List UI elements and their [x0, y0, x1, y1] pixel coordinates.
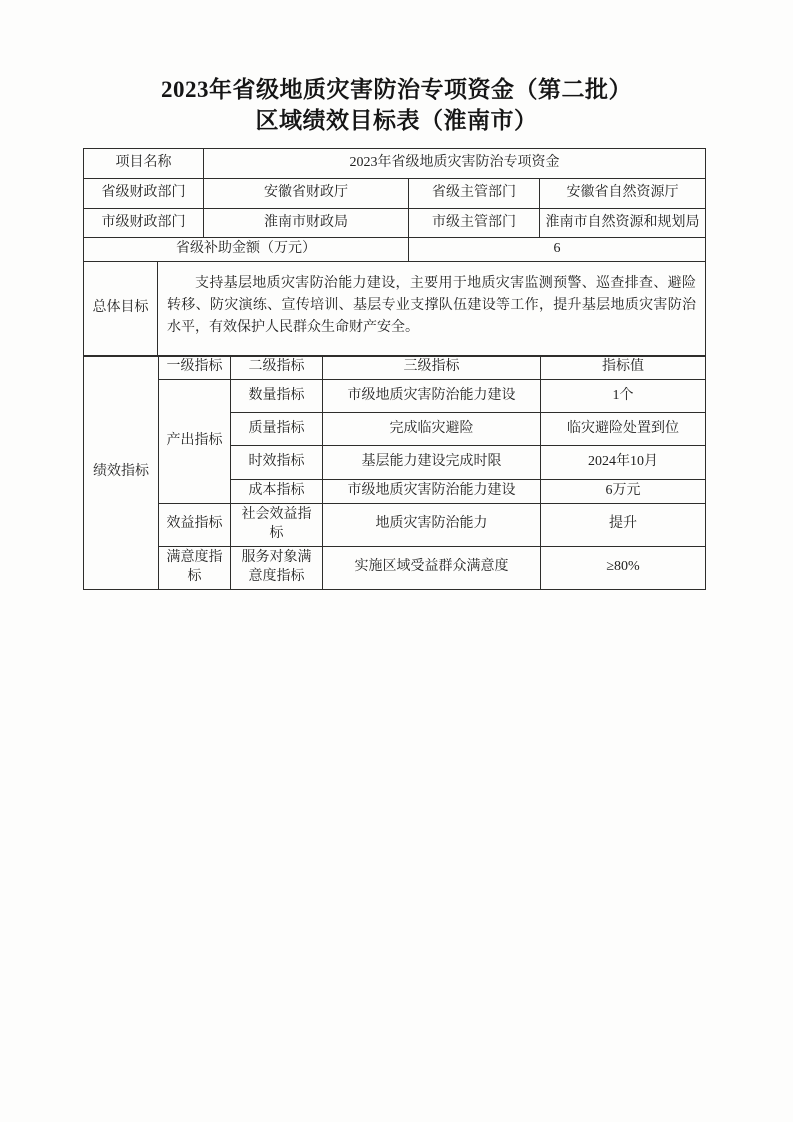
indicator-level3: 市级地质灾害防治能力建设 [323, 480, 541, 504]
indicator-level2: 时效指标 [231, 446, 323, 480]
row-provincial-depts: 省级财政部门 安徽省财政厅 省级主管部门 安徽省自然资源厅 [84, 179, 706, 209]
project-name-value: 2023年省级地质灾害防治专项资金 [204, 149, 706, 179]
indicator-row-satisfaction: 满意度指标 服务对象满意度指标 实施区域受益群众满意度 ≥80% [84, 546, 706, 589]
document-title-line2: 区域绩效目标表（淮南市） [0, 105, 793, 136]
header-value: 指标值 [541, 356, 706, 380]
group-benefit-label: 效益指标 [159, 504, 231, 547]
header-level3: 三级指标 [323, 356, 541, 380]
document-title-line1: 2023年省级地质灾害防治专项资金（第二批） [0, 74, 793, 105]
indicator-level2: 质量指标 [231, 413, 323, 446]
indicators-header-row: 绩效指标 一级指标 二级指标 三级指标 指标值 [84, 356, 706, 380]
provincial-admin-label: 省级主管部门 [409, 179, 540, 209]
indicator-level3: 基层能力建设完成时限 [323, 446, 541, 480]
group-satisfaction-label: 满意度指标 [159, 546, 231, 589]
target-table-sheet: 项目名称 2023年省级地质灾害防治专项资金 省级财政部门 安徽省财政厅 省级主… [83, 148, 705, 590]
indicator-row-benefit: 效益指标 社会效益指标 地质灾害防治能力 提升 [84, 504, 706, 547]
indicator-level2: 服务对象满意度指标 [231, 546, 323, 589]
indicator-level3: 市级地质灾害防治能力建设 [323, 380, 541, 413]
indicator-row-quantity: 产出指标 数量指标 市级地质灾害防治能力建设 1个 [84, 380, 706, 413]
provincial-finance-label: 省级财政部门 [84, 179, 204, 209]
row-overall-goal: 总体目标 支持基层地质灾害防治能力建设，主要用于地质灾害监测预警、巡查排查、避险… [84, 261, 706, 356]
header-level2: 二级指标 [231, 356, 323, 380]
provincial-finance-value: 安徽省财政厅 [204, 179, 409, 209]
indicator-level2: 成本指标 [231, 480, 323, 504]
group-output-label: 产出指标 [159, 380, 231, 504]
subsidy-value: 6 [409, 238, 706, 262]
city-admin-label: 市级主管部门 [409, 209, 540, 238]
city-finance-value: 淮南市财政局 [204, 209, 409, 238]
overall-goal-table: 总体目标 支持基层地质灾害防治能力建设，主要用于地质灾害监测预警、巡查排查、避险… [83, 261, 706, 357]
city-admin-value: 淮南市自然资源和规划局 [540, 209, 706, 238]
row-subsidy: 省级补助金额（万元） 6 [84, 238, 706, 262]
row-project-name: 项目名称 2023年省级地质灾害防治专项资金 [84, 149, 706, 179]
indicator-level2: 社会效益指标 [231, 504, 323, 547]
indicator-value: 提升 [541, 504, 706, 547]
indicator-level3: 地质灾害防治能力 [323, 504, 541, 547]
city-finance-label: 市级财政部门 [84, 209, 204, 238]
provincial-admin-value: 安徽省自然资源厅 [540, 179, 706, 209]
indicator-value: 6万元 [541, 480, 706, 504]
indicators-section-label: 绩效指标 [84, 356, 159, 590]
document-title: 2023年省级地质灾害防治专项资金（第二批） 区域绩效目标表（淮南市） [0, 74, 793, 136]
indicators-table: 绩效指标 一级指标 二级指标 三级指标 指标值 产出指标 数量指标 市级地质灾害… [83, 355, 706, 590]
overall-goal-text: 支持基层地质灾害防治能力建设，主要用于地质灾害监测预警、巡查排查、避险转移、防灾… [158, 261, 706, 356]
indicator-level3: 完成临灾避险 [323, 413, 541, 446]
indicator-value: ≥80% [541, 546, 706, 589]
indicator-level3: 实施区域受益群众满意度 [323, 546, 541, 589]
indicator-level2: 数量指标 [231, 380, 323, 413]
project-name-label: 项目名称 [84, 149, 204, 179]
indicator-value: 2024年10月 [541, 446, 706, 480]
indicator-value: 1个 [541, 380, 706, 413]
indicator-value: 临灾避险处置到位 [541, 413, 706, 446]
overall-goal-label: 总体目标 [84, 261, 158, 356]
row-city-depts: 市级财政部门 淮南市财政局 市级主管部门 淮南市自然资源和规划局 [84, 209, 706, 238]
header-level1: 一级指标 [159, 356, 231, 380]
info-table: 项目名称 2023年省级地质灾害防治专项资金 省级财政部门 安徽省财政厅 省级主… [83, 148, 706, 262]
subsidy-label: 省级补助金额（万元） [84, 238, 409, 262]
